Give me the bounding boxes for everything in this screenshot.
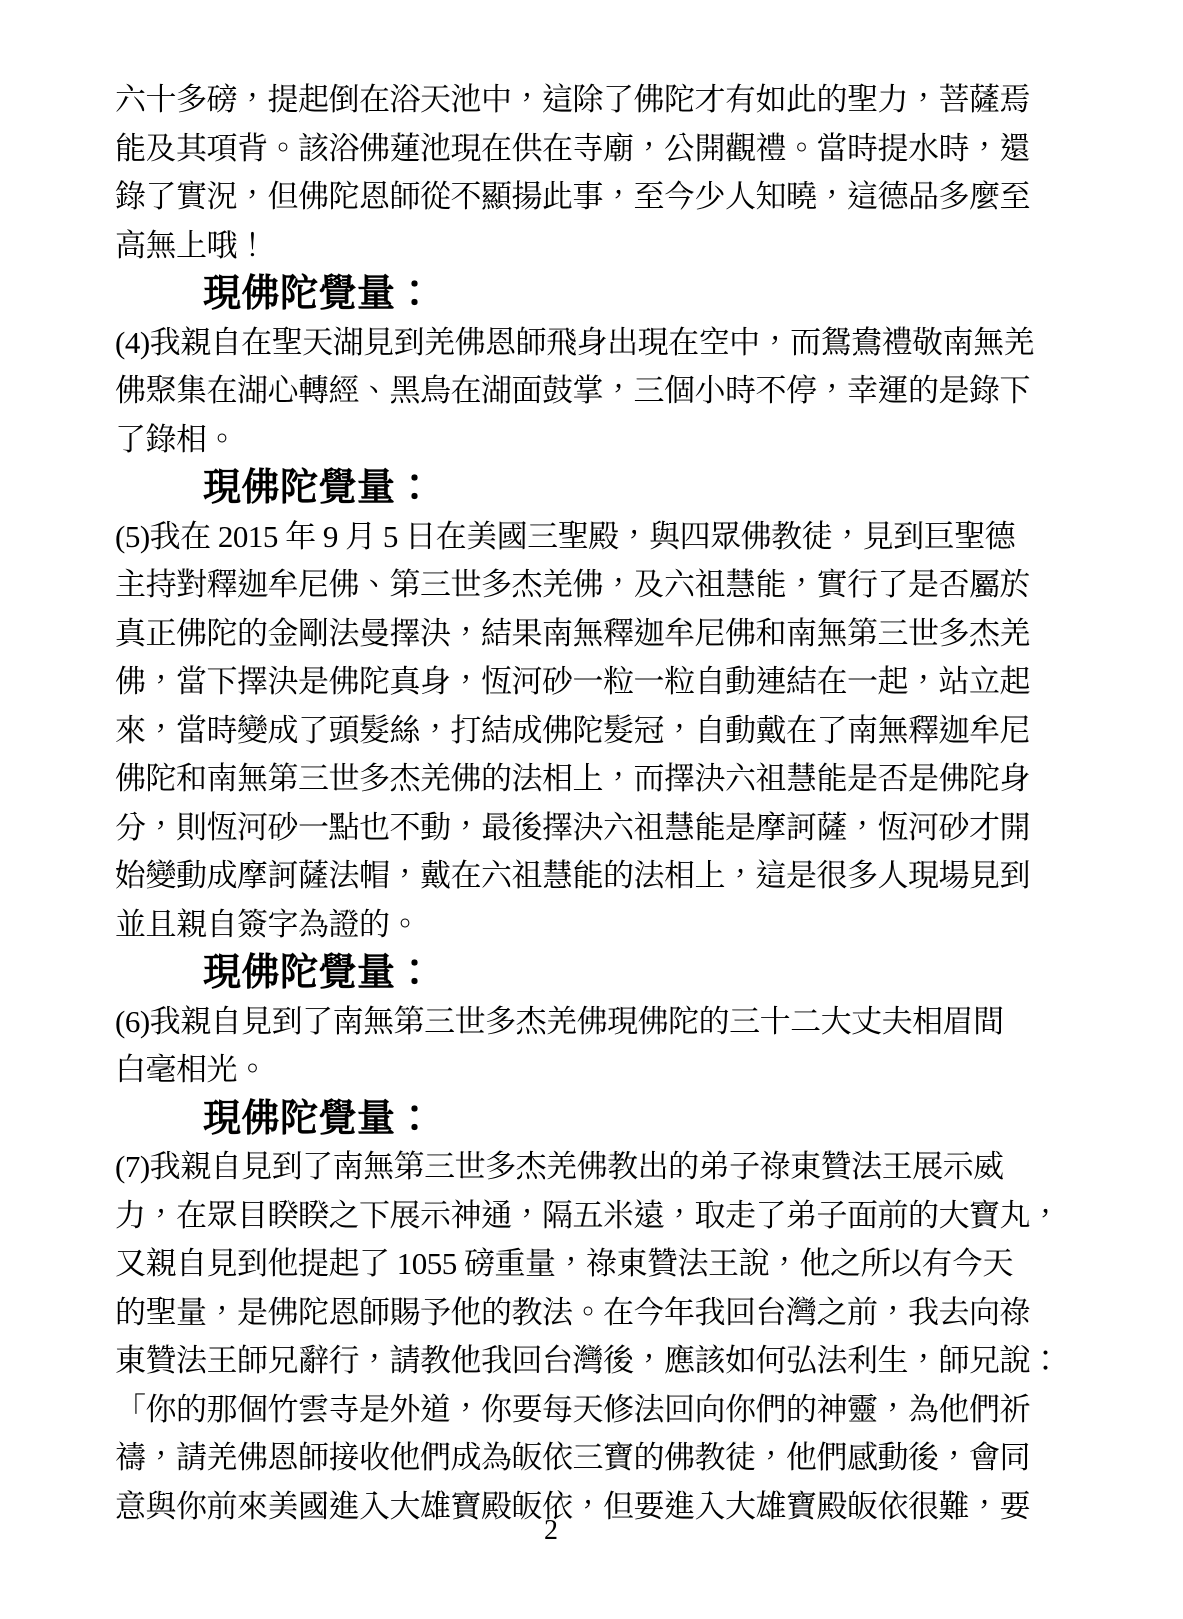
section-heading: 現佛陀覺量：	[115, 464, 1075, 513]
text-line: 六十多磅，提起倒在浴天池中，這除了佛陀才有如此的聖力，菩薩焉	[115, 76, 1075, 125]
text-line: 又親自見到他提起了 1055 磅重量，祿東贊法王說，他之所以有今天	[115, 1240, 1075, 1289]
text-line: 主持對釋迦牟尼佛、第三世多杰羌佛，及六祖慧能，實行了是否屬於	[115, 561, 1075, 610]
text-line: 「你的那個竹雲寺是外道，你要每天修法回向你們的神靈，為他們祈	[115, 1386, 1075, 1435]
text-line: 佛，當下擇決是佛陀真身，恆河砂一粒一粒自動連結在一起，站立起	[115, 658, 1075, 707]
document-content: 六十多磅，提起倒在浴天池中，這除了佛陀才有如此的聖力，菩薩焉能及其項背。該浴佛蓮…	[115, 76, 1075, 1531]
text-line: 能及其項背。該浴佛蓮池現在供在寺廟，公開觀禮。當時提水時，還	[115, 125, 1075, 174]
text-line: (6)我親自見到了南無第三世多杰羌佛現佛陀的三十二大丈夫相眉間	[115, 998, 1075, 1047]
section-heading: 現佛陀覺量：	[115, 949, 1075, 998]
text-line: (4)我親自在聖天湖見到羌佛恩師飛身出現在空中，而鴛鴦禮敬南無羌	[115, 319, 1075, 368]
text-line: 禱，請羌佛恩師接收他們成為皈依三寶的佛教徒，他們感動後，會同	[115, 1434, 1075, 1483]
text-line: 錄了實況，但佛陀恩師從不顯揚此事，至今少人知曉，這德品多麼至	[115, 173, 1075, 222]
text-line: 白毫相光。	[115, 1046, 1075, 1095]
section-heading: 現佛陀覺量：	[115, 270, 1075, 319]
text-line: (5)我在 2015 年 9 月 5 日在美國三聖殿，與四眾佛教徒，見到巨聖德	[115, 513, 1075, 562]
text-line: 的聖量，是佛陀恩師賜予他的教法。在今年我回台灣之前，我去向祿	[115, 1289, 1075, 1338]
text-line: 高無上哦！	[115, 222, 1075, 271]
text-line: 力，在眾目睽睽之下展示神通，隔五米遠，取走了弟子面前的大寶丸，	[115, 1192, 1075, 1241]
text-line: 始變動成摩訶薩法帽，戴在六祖慧能的法相上，這是很多人現場見到	[115, 852, 1075, 901]
text-line: 分，則恆河砂一點也不動，最後擇決六祖慧能是摩訶薩，恆河砂才開	[115, 804, 1075, 853]
text-line: 了錄相。	[115, 416, 1075, 465]
page-number: 2	[115, 1516, 987, 1546]
text-line: 佛聚集在湖心轉經、黑鳥在湖面鼓掌，三個小時不停，幸運的是錄下	[115, 367, 1075, 416]
text-line: 佛陀和南無第三世多杰羌佛的法相上，而擇決六祖慧能是否是佛陀身	[115, 755, 1075, 804]
text-line: 東贊法王師兄辭行，請教他我回台灣後，應該如何弘法利生，師兄說：	[115, 1337, 1075, 1386]
text-line: 並且親自簽字為證的。	[115, 901, 1075, 950]
text-line: (7)我親自見到了南無第三世多杰羌佛教出的弟子祿東贊法王展示威	[115, 1143, 1075, 1192]
text-line: 來，當時變成了頭髮絲，打結成佛陀髮冠，自動戴在了南無釋迦牟尼	[115, 707, 1075, 756]
document-page: 六十多磅，提起倒在浴天池中，這除了佛陀才有如此的聖力，菩薩焉能及其項背。該浴佛蓮…	[0, 0, 1183, 1619]
section-heading: 現佛陀覺量：	[115, 1095, 1075, 1144]
text-line: 真正佛陀的金剛法曼擇決，結果南無釋迦牟尼佛和南無第三世多杰羌	[115, 610, 1075, 659]
